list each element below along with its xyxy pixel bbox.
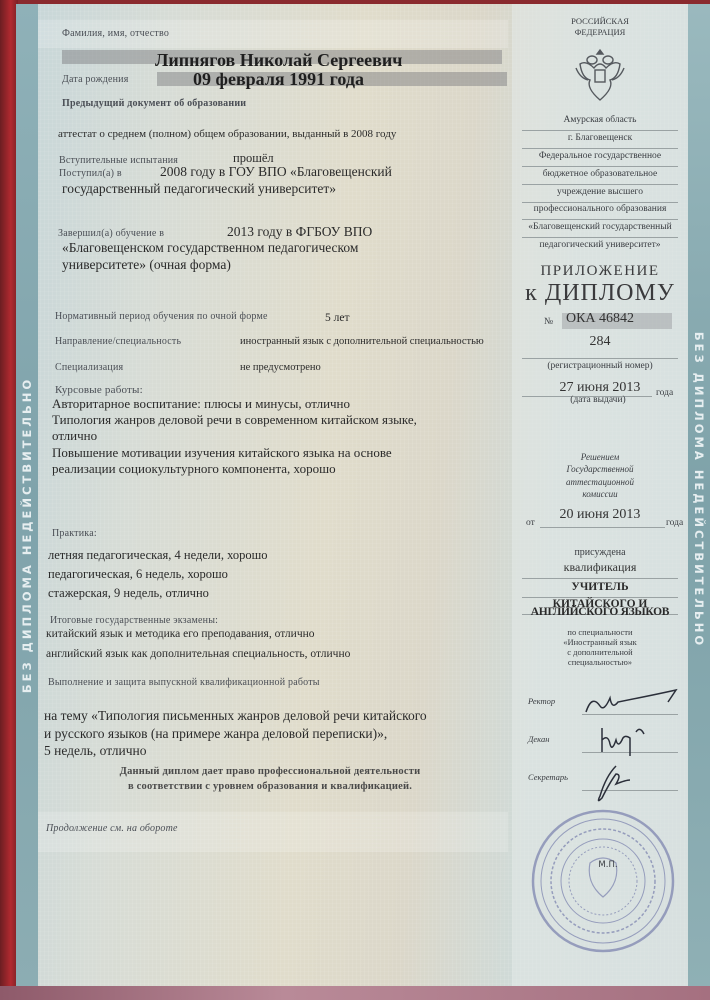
practice-item: стажерская, 9 недель, отлично [48,586,209,601]
coursework-item: Авторитарное воспитание: плюсы и минусы,… [52,396,350,412]
qualification-line: УЧИТЕЛЬ [512,581,688,593]
diploma-cover-bottom [0,986,710,1000]
institution-line: г. Благовещенск [512,133,688,143]
institution-line: педагогический университет» [512,240,688,250]
decision-line: комиссии [512,489,688,499]
secretary-label: Секретарь [528,772,568,782]
specialty-line: по специальности [512,627,688,637]
rights-line: в соответствии с уровнем образования и к… [0,781,540,792]
finished-label: Завершил(а) обучение в [58,228,164,239]
period-label: Нормативный период обучения по очной фор… [55,311,268,322]
thesis-line: на тему «Типология письменных жанров дел… [44,708,427,724]
specialty-line: с дополнительной [512,647,688,657]
direction-label: Направление/специальность [55,336,181,347]
dean-signature [596,722,656,762]
enrolled-line1: 2008 году в ГОУ ВПО «Благовещенский [160,164,392,180]
decision-line: аттестационной [512,477,688,487]
dean-label: Декан [528,734,549,744]
coursework-item: отлично [52,428,97,444]
official-seal-icon [530,808,676,954]
country-line: ФЕДЕРАЦИЯ [512,27,688,37]
enrolled-label: Поступил(а) в [59,168,122,179]
decision-line: Государственной [512,464,688,474]
enrolled-line2: государственный педагогический университ… [62,181,336,197]
exam-item: китайский язык и методика его преподаван… [46,628,315,640]
institution-line: бюджетное образовательное [512,169,688,179]
coursework-label: Курсовые работы: [55,384,143,396]
decision-suffix: года [666,518,683,528]
practice-label: Практика: [52,528,97,539]
coat-of-arms-icon [572,44,628,104]
rector-label: Ректор [528,696,555,706]
prev-doc-label: Предыдущий документ об образовании [62,98,246,109]
full-name: Липнягов Николай Сергеевич [155,50,402,71]
exam-item: английский язык как дополнительная специ… [46,648,350,660]
country-line: РОССИЙСКАЯ [512,16,688,26]
secretary-signature [586,762,636,806]
qualification-line: АНГЛИЙСКОГО ЯЗЫКОВ [512,606,688,618]
specialization-value: не предусмотрено [240,362,321,373]
prev-doc-value: аттестат о среднем (полном) общем образо… [58,128,396,140]
decision-line: Решением [512,452,688,462]
reg-number: 284 [512,334,688,350]
thesis-line: 5 недель, отлично [44,743,147,759]
decision-date: 20 июня 2013 [512,507,688,523]
qualification-label: квалификация [512,560,688,575]
date-of-birth: 09 февраля 1991 года [193,69,364,90]
awarded: присуждена [512,547,688,558]
practice-item: летняя педагогическая, 4 недели, хорошо [48,548,267,563]
institution-line: профессионального образования [512,204,688,214]
thesis-label: Выполнение и защита выпускной квалификац… [48,677,320,688]
side-banner-right: БЕЗ ДИПЛОМА НЕДЕЙСТВИТЕЛЬНО [688,300,710,680]
side-banner-left: БЕЗ ДИПЛОМА НЕДЕЙСТВИТЕЛЬНО [16,320,38,750]
issue-date-label: (дата выдачи) [528,395,668,405]
institution-line: учреждение высшего [512,187,688,197]
coursework-item: Типология жанров деловой речи в современ… [52,412,417,428]
coursework-item: Повышение мотивации изучения китайского … [52,445,392,461]
finished-line3: университете» (очная форма) [62,257,231,273]
rights-line: Данный диплом дает право профессионально… [0,766,540,777]
finished-line2: «Благовещенском государственном педагоги… [62,240,358,256]
specialty-line: «Иностранный язык [512,637,688,647]
practice-item: педагогическая, 6 недель, хорошо [48,567,228,582]
dob-label: Дата рождения [62,74,129,85]
seal-label: М.П. [588,860,628,870]
specialty-line: специальностью» [512,657,688,667]
thesis-line: и русского языков (на примере жанра дело… [44,726,387,742]
diploma-number: ОКА 46842 [512,311,688,327]
institution-line: Амурская область [512,115,688,125]
rector-signature [582,688,682,718]
finished-line1: 2013 году в ФГБОУ ВПО [227,224,372,240]
continued-note: Продолжение см. на обороте [46,823,178,834]
direction-value: иностранный язык с дополнительной специа… [240,336,484,347]
specialization-label: Специализация [55,362,123,373]
supplement-title: ПРИЛОЖЕНИЕ [512,263,688,280]
institution-line: «Благовещенский государственный [512,222,688,232]
period-value: 5 лет [325,312,350,324]
issue-date: 27 июня 2013 [530,380,670,396]
institution-line: Федеральное государственное [512,151,688,161]
fio-label: Фамилия, имя, отчество [62,28,169,39]
exams-label: Итоговые государственные экзамены: [50,615,218,626]
reg-number-label: (регистрационный номер) [512,361,688,371]
coursework-item: реализации социокультурного компонента, … [52,461,336,477]
supplement-title-diploma: к ДИПЛОМУ [512,280,688,307]
